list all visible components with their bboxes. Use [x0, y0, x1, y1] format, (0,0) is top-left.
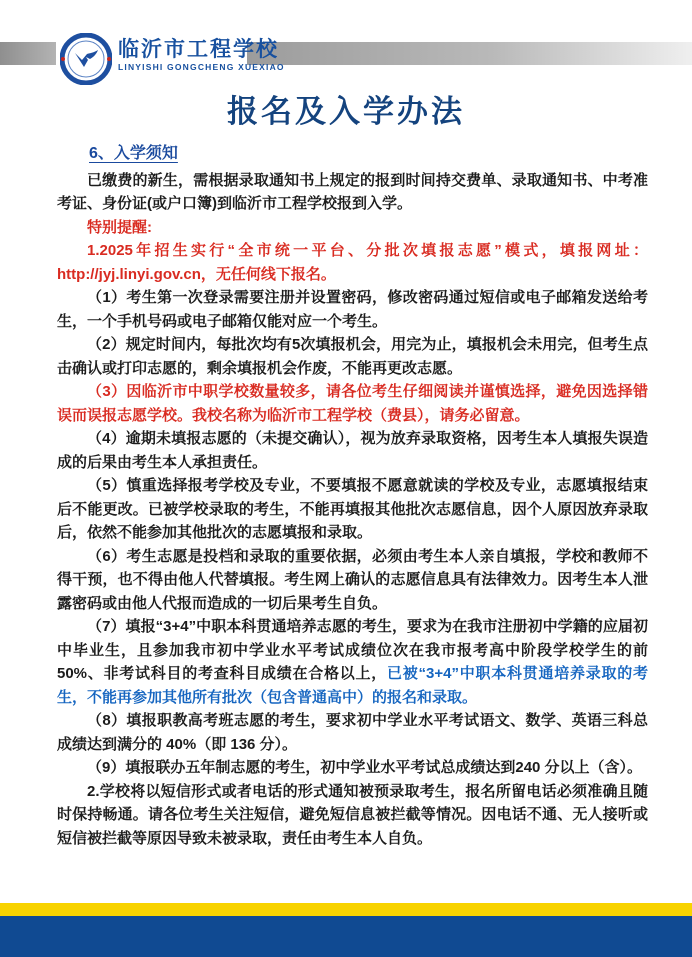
notice-item-6: （6）考生志愿是投档和录取的重要依据，必须由考生本人亲自填报，学校和教师不得干预…	[57, 545, 648, 616]
document-page: 临沂市工程学校 LINYISHI GONGCHENG XUEXIAO 报名及入学…	[0, 0, 692, 957]
notice-item-1: （1）考生第一次登录需要注册并设置密码，修改密码通过短信或电子邮箱发送给考生，一…	[57, 286, 648, 333]
notice-item-3: （3）因临沂市中职学校数量较多，请各位考生仔细阅读并谨慎选择，避免因选择错误而误…	[57, 380, 648, 427]
intro-paragraph: 已缴费的新生，需根据录取通知书上规定的报到时间持交费单、录取通知书、中考准考证、…	[57, 169, 648, 216]
notice-item-2: （2）规定时间内，每批次均有5次填报机会，用完为止，填报机会未用完，但考生点击确…	[57, 333, 648, 380]
school-name: 临沂市工程学校	[118, 38, 298, 62]
header-right-bar	[247, 42, 692, 65]
notice-item-7: （7）填报“3+4”中职本科贯通培养志愿的考生，要求为在我市注册初中学籍的应届初…	[57, 615, 648, 709]
notice-item-8: （8）填报职教高考班志愿的考生，要求初中学业水平考试语文、数学、英语三科总成绩达…	[57, 709, 648, 756]
section-heading: 6、入学须知	[57, 142, 648, 166]
footer-yellow-stripe	[0, 903, 692, 916]
notice-section: 6、入学须知 已缴费的新生，需根据录取通知书上规定的报到时间持交费单、录取通知书…	[57, 142, 648, 850]
page-title: 报名及入学办法	[0, 86, 692, 131]
notice-item-4: （4）逾期未填报志愿的（未提交确认），视为放弃录取资格，因考生本人填报失误造成的…	[57, 427, 648, 474]
special-reminder-label: 特别提醒:	[57, 216, 648, 240]
header-left-bar	[0, 42, 56, 65]
notice-paragraph-2: 2.学校将以短信形式或者电话的形式通知被预录取考生，报名所留电话必须准确且随时保…	[57, 780, 648, 851]
notice-item-5: （5）慎重选择报考学校及专业，不要填报不愿意就读的学校及专业，志愿填报结束后不能…	[57, 474, 648, 545]
footer-blue-band	[0, 916, 692, 957]
school-logo-icon	[60, 33, 112, 85]
notice-item-9: （9）填报联办五年制志愿的考生，初中学业水平考试总成绩达到240 分以上（含）。	[57, 756, 648, 780]
notice-paragraph-1: 1.2025年招生实行“全市统一平台、分批次填报志愿”模式，填报网址：http:…	[57, 239, 648, 286]
header: 临沂市工程学校 LINYISHI GONGCHENG XUEXIAO	[0, 0, 692, 92]
school-name-block: 临沂市工程学校 LINYISHI GONGCHENG XUEXIAO	[118, 38, 298, 73]
school-name-en: LINYISHI GONGCHENG XUEXIAO	[118, 62, 298, 73]
